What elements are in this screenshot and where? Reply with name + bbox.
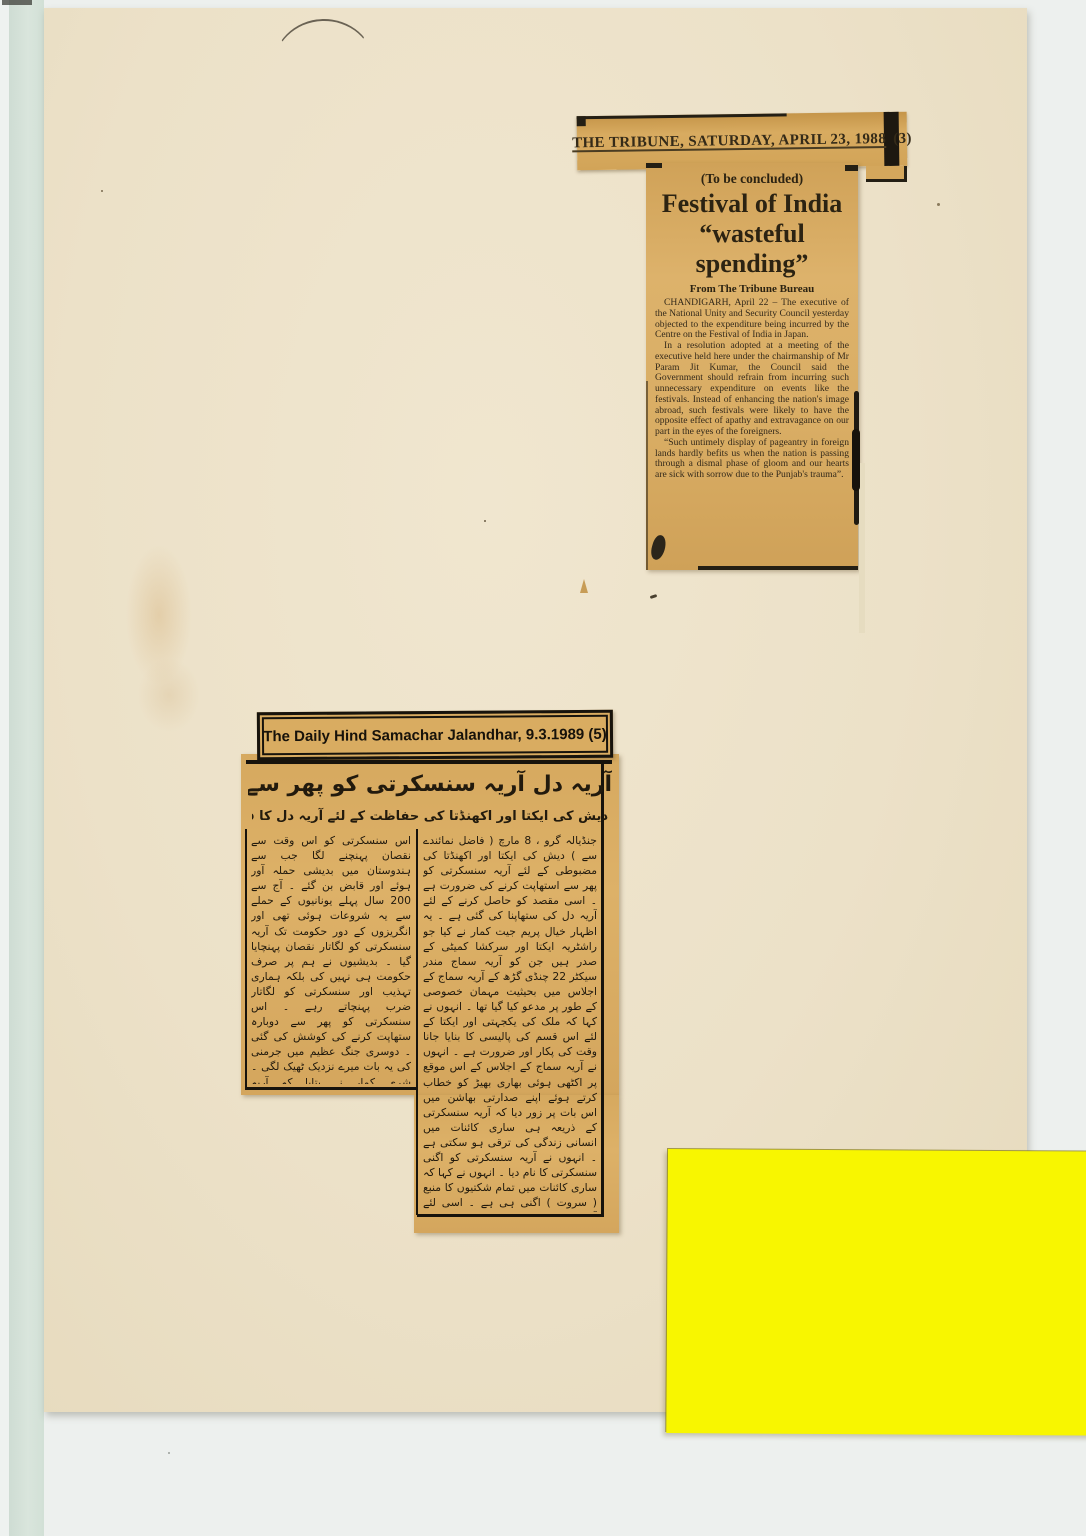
tribune-article-clipping: (To be concluded) Festival of India “was…	[646, 163, 858, 570]
tribune-page-number: (3)	[893, 130, 912, 147]
tribune-headline-line-1: Festival of India	[655, 189, 849, 219]
scanner-edge-strip	[0, 0, 9, 1536]
tribune-body-text: CHANDIGARH, April 22 – The executive of …	[655, 298, 849, 481]
torn-paper-tab	[866, 166, 907, 182]
tribune-paragraph: “Such untimely display of pageantry in f…	[655, 438, 849, 481]
samachar-masthead: The Daily Hind Samachar Jalandhar, 9.3.1…	[263, 725, 607, 744]
scan-corner-mark	[2, 0, 32, 5]
samachar-urdu-subheadline: دیش کی ایکتا اور اکھنڈتا کی حفاظت کے لئے…	[252, 807, 608, 829]
scanner-green-strip	[9, 0, 44, 1536]
yellow-paper-overlay	[666, 1149, 1086, 1436]
rule-line	[245, 1087, 418, 1090]
tribune-headline-line-2: “wasteful	[655, 219, 849, 249]
tribune-masthead: THE TRIBUNE, SATURDAY, APRIL 23, 1988 (3…	[577, 112, 908, 171]
tribune-headline-line-3: spending”	[655, 249, 849, 279]
torn-edge	[646, 381, 648, 570]
torn-edge	[646, 163, 662, 168]
tribune-paragraph: In a resolution adopted at a meeting of …	[655, 341, 849, 438]
page-speck	[484, 520, 486, 522]
ink-blot	[649, 534, 668, 562]
torn-edge	[859, 463, 865, 633]
tribune-kicker: (To be concluded)	[655, 171, 849, 187]
tribune-byline: From The Tribune Bureau	[655, 283, 849, 295]
tribune-paragraph: CHANDIGARH, April 22 – The executive of …	[655, 298, 849, 341]
torn-edge	[852, 429, 860, 491]
rule-line	[246, 760, 612, 764]
page-speck	[168, 1452, 170, 1454]
rule-line	[245, 829, 247, 1089]
samachar-right-column: جنڈیالہ گرو ، 8 مارچ ( فاضل نمائندے سے )…	[423, 833, 597, 1212]
rule-line	[417, 1214, 604, 1217]
samachar-masthead-box: The Daily Hind Samachar Jalandhar, 9.3.1…	[257, 710, 613, 760]
tribune-masthead-strip: THE TRIBUNE, SATURDAY, APRIL 23, 1988 (3…	[577, 112, 908, 171]
samachar-left-column: اس سنسکرتی کو اس وقت سے نقصان پہنچنے لگا…	[251, 833, 411, 1084]
samachar-urdu-headline: آریہ دل آریہ سنسکرتی کو پھر سے قائم کرے …	[248, 765, 612, 807]
page-speck	[101, 190, 103, 192]
page-stain	[138, 658, 200, 732]
paper-fleck	[580, 579, 588, 593]
torn-edge	[698, 566, 858, 570]
column-divider-rule	[416, 829, 418, 1215]
page-speck	[937, 203, 940, 206]
tribune-masthead-text: THE TRIBUNE, SATURDAY, APRIL 23, 1988	[572, 130, 886, 151]
scanned-scrapbook-page: THE TRIBUNE, SATURDAY, APRIL 23, 1988 (3…	[0, 0, 1086, 1536]
